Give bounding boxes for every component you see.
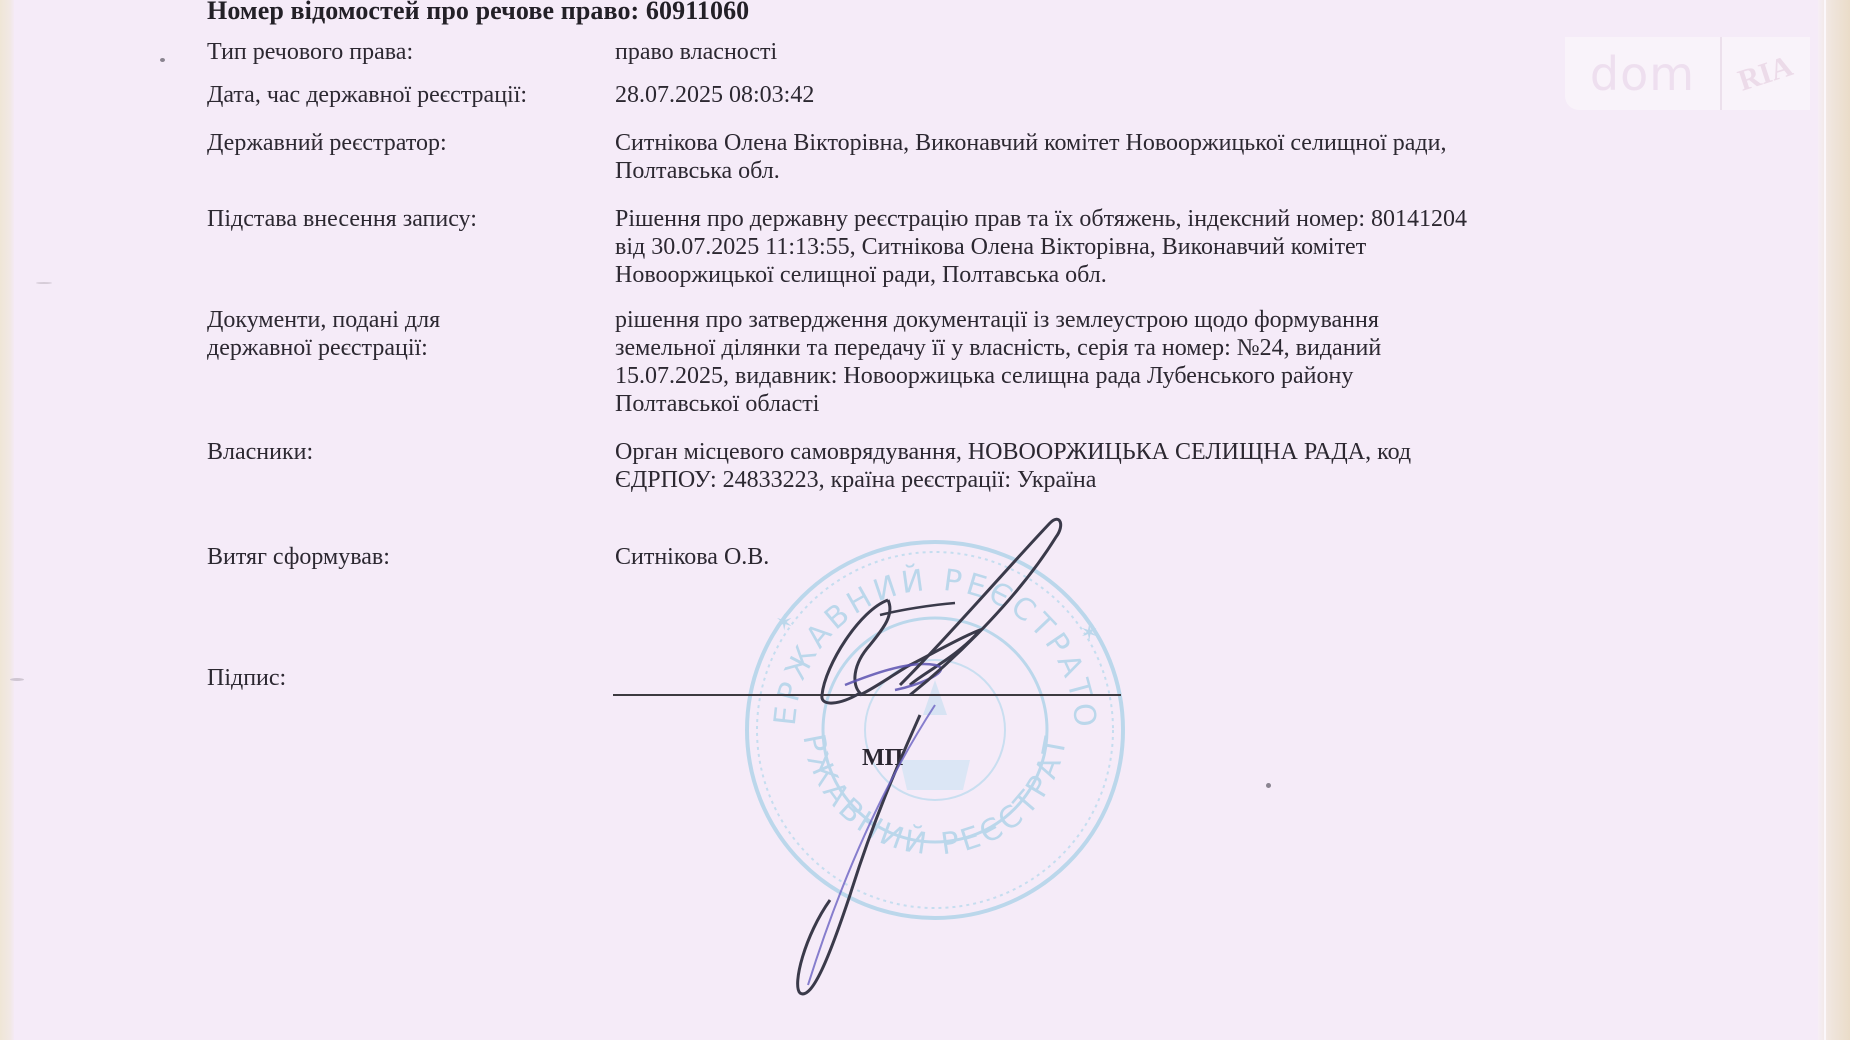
row-label: Підстава внесення запису:: [207, 205, 607, 233]
row-label: Підпис:: [207, 664, 607, 692]
scan-speck: [10, 678, 24, 681]
row-label: Власники:: [207, 438, 607, 466]
handwritten-signature-icon: [760, 515, 1100, 1005]
row-label: Документи, подані для державної реєстрац…: [207, 306, 607, 362]
row-label: Тип речового права:: [207, 38, 607, 66]
row-value: Рішення про державну реєстрацію прав та …: [615, 205, 1655, 289]
watermark-ria-logo-icon: RIA: [1722, 37, 1810, 110]
document-heading: Номер відомостей про речове право: 60911…: [207, 0, 749, 26]
watermark-dom-text: dom: [1565, 37, 1720, 110]
document-sheet: Номер відомостей про речове право: 60911…: [0, 0, 1850, 1040]
row-value: 28.07.2025 08:03:42: [615, 81, 1655, 109]
row-label: Дата, час державної реєстрації:: [207, 81, 607, 109]
scan-speck: [160, 58, 165, 62]
row-label: Витяг сформував:: [207, 543, 607, 571]
dom-ria-watermark: dom RIA: [1565, 37, 1810, 110]
row-label: Державний реєстратор:: [207, 129, 607, 157]
row-value: рішення про затвердження документації із…: [615, 306, 1655, 418]
scan-speck: [36, 282, 52, 284]
row-value: право власності: [615, 38, 1655, 66]
row-value: Ситнікова Олена Вікторівна, Виконавчий к…: [615, 129, 1655, 185]
scan-speck: [1266, 783, 1271, 788]
row-value: Орган місцевого самоврядування, НОВООРЖИ…: [615, 438, 1655, 494]
